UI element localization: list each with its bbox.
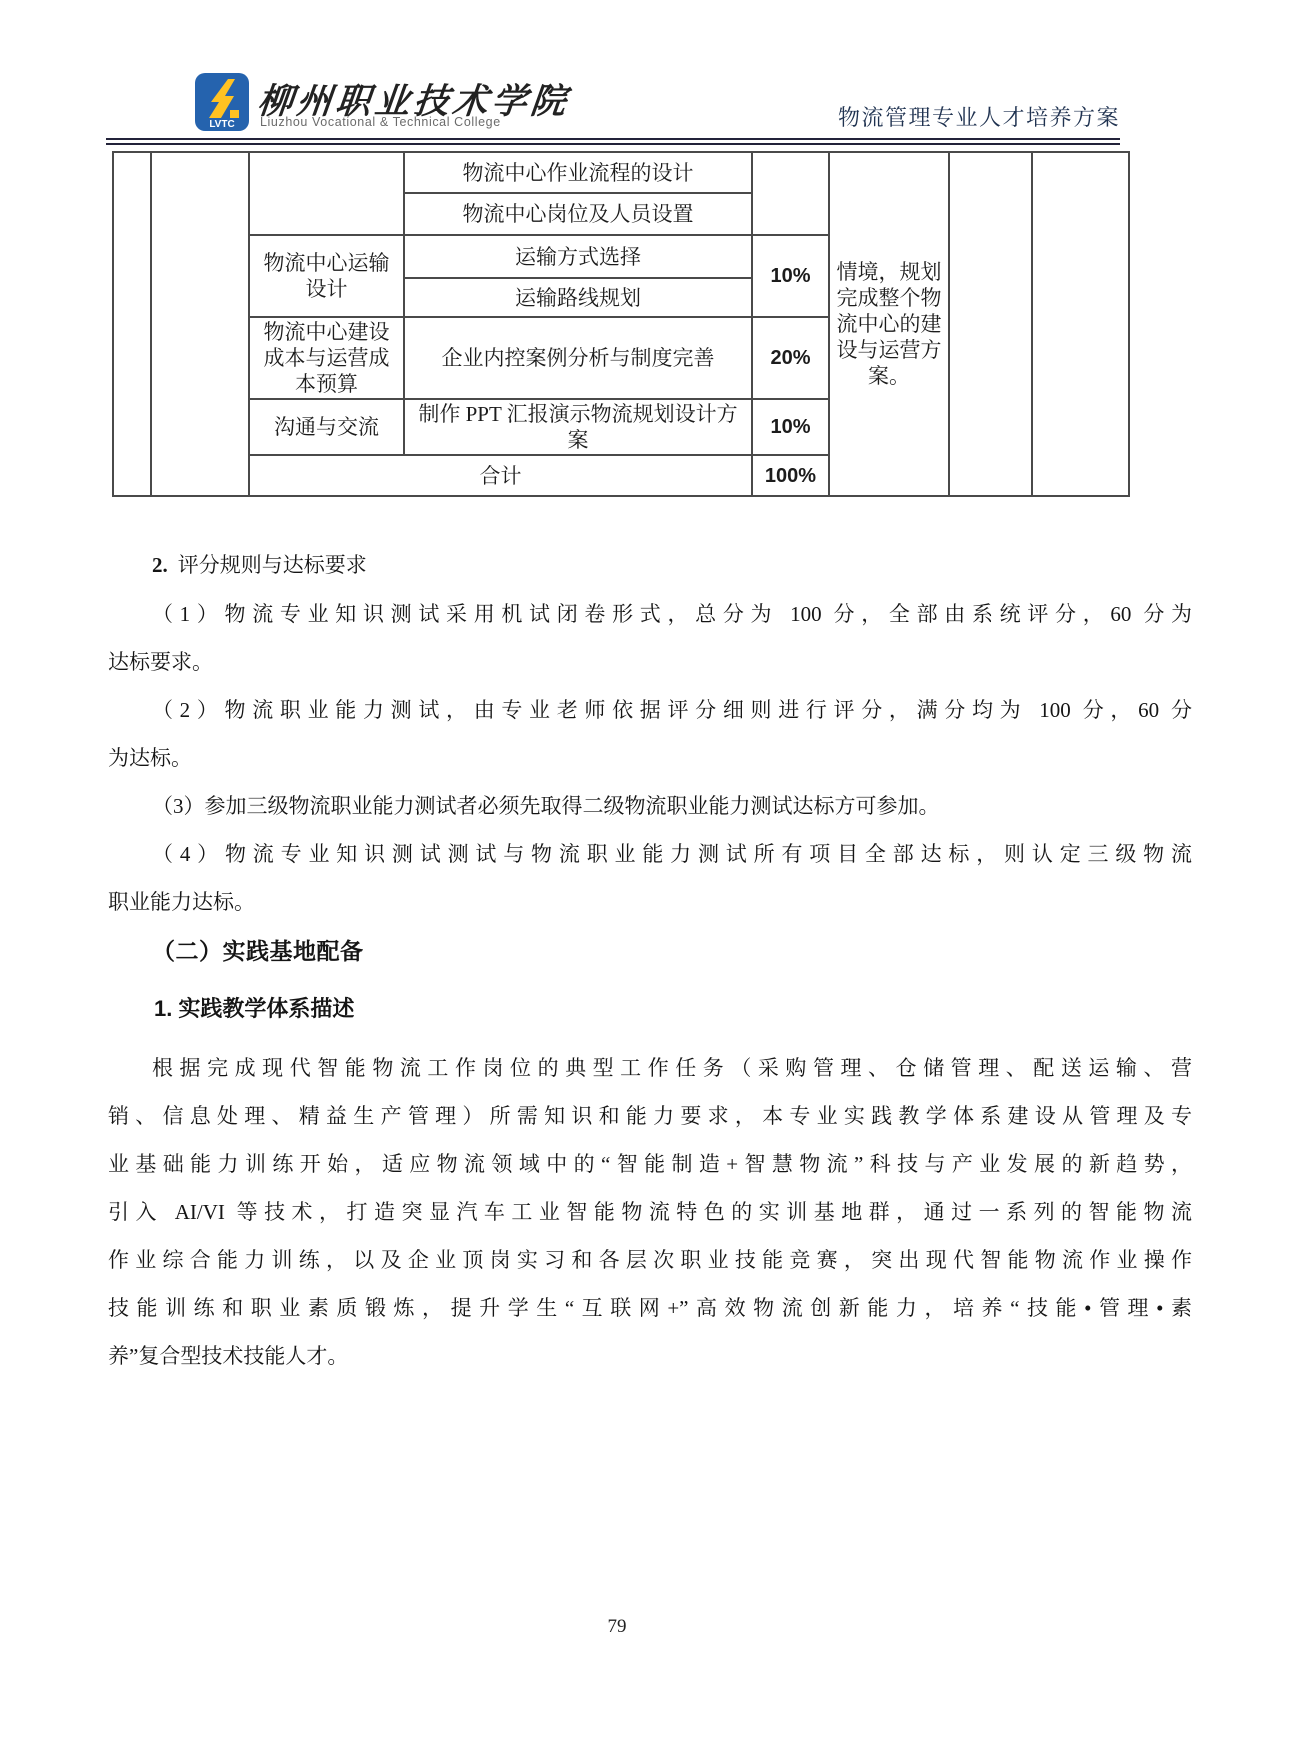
heading-number: 2. — [152, 553, 168, 577]
paragraph-line: 达标要求。 — [108, 638, 1192, 686]
paragraph-line: 业基础能力训练开始，适应物流领域中的“智能制造+智慧物流”科技与产业发展的新趋势… — [108, 1140, 1192, 1188]
paragraph-line: 作业综合能力训练，以及企业顶岗实习和各层次职业技能竞赛，突出现代智能物流作业操作 — [108, 1236, 1192, 1284]
paragraph-1: （1）物流专业知识测试采用机试闭卷形式，总分为 100 分，全部由系统评分，60… — [108, 590, 1192, 686]
task-cell: 物流中心岗位及人员设置 — [404, 193, 752, 235]
paragraph-line: 为达标。 — [108, 734, 1192, 782]
heading-number: 1. — [154, 996, 172, 1021]
sub-heading-1: 1.实践教学体系描述 — [108, 984, 1192, 1034]
college-logo: LVTC — [194, 72, 250, 132]
paragraph-line: （1）物流专业知识测试采用机试闭卷形式，总分为 100 分，全部由系统评分，60… — [108, 590, 1192, 638]
table-row: 物流中心作业流程的设计 情境，规划完成整个物流中心的建设与运营方案。 — [113, 152, 1129, 193]
document-page: LVTC 柳州职业技术学院 Liuzhou Vocational & Techn… — [0, 0, 1299, 1754]
header-divider — [106, 138, 1120, 145]
total-percent-cell: 100% — [752, 455, 829, 496]
paragraph-line: 引入 AI/VI 等技术，打造突显汽车工业智能物流特色的实训基地群，通过一系列的… — [108, 1188, 1192, 1236]
scenario-note-cell: 情境，规划完成整个物流中心的建设与运营方案。 — [829, 152, 949, 496]
college-logo-icon: LVTC — [194, 72, 250, 132]
paragraph-line: 销、信息处理、精益生产管理）所需知识和能力要求，本专业实践教学体系建设从管理及专 — [108, 1092, 1192, 1140]
college-name-en: Liuzhou Vocational & Technical College — [260, 115, 501, 129]
empty-cell-col2 — [151, 152, 249, 496]
evaluation-table: 物流中心作业流程的设计 情境，规划完成整个物流中心的建设与运营方案。 物流中心岗… — [112, 151, 1130, 497]
paragraph-line: 技能训练和职业素质锻炼，提升学生“互联网+”高效物流创新能力，培养“技能•管理•… — [108, 1284, 1192, 1332]
percent-cell — [752, 152, 829, 235]
page-number: 79 — [0, 1616, 1234, 1638]
group-name-cell: 沟通与交流 — [249, 399, 404, 455]
task-cell: 运输路线规划 — [404, 278, 752, 317]
task-cell: 运输方式选择 — [404, 235, 752, 278]
paragraph-line: 养”复合型技术技能人才。 — [108, 1332, 1192, 1380]
percent-cell: 20% — [752, 317, 829, 399]
task-cell: 物流中心作业流程的设计 — [404, 152, 752, 193]
paragraph-line: 根据完成现代智能物流工作岗位的典型工作任务（采购管理、仓储管理、配送运输、营 — [108, 1044, 1192, 1092]
percent-cell: 10% — [752, 399, 829, 455]
total-label-cell: 合计 — [249, 455, 752, 496]
document-title: 物流管理专业人才培养方案 — [690, 101, 1120, 132]
group-name-cell: 物流中心运输设计 — [249, 235, 404, 317]
empty-cell-col1 — [113, 152, 151, 496]
paragraph-line: （3）参加三级物流职业能力测试者必须先取得二级物流职业能力测试达标方可参加。 — [108, 782, 1192, 830]
paragraph-line: 职业能力达标。 — [108, 878, 1192, 926]
body-text: 2.评分规则与达标要求 （1）物流专业知识测试采用机试闭卷形式，总分为 100 … — [108, 540, 1192, 1380]
task-cell: 制作 PPT 汇报演示物流规划设计方案 — [404, 399, 752, 455]
section-heading-2: 2.评分规则与达标要求 — [108, 540, 1192, 590]
empty-cell-col7 — [949, 152, 1032, 496]
percent-cell: 10% — [752, 235, 829, 317]
heading-label: 实践教学体系描述 — [178, 996, 354, 1021]
task-cell: 企业内控案例分析与制度完善 — [404, 317, 752, 399]
paragraph-5: 根据完成现代智能物流工作岗位的典型工作任务（采购管理、仓储管理、配送运输、营 销… — [108, 1044, 1192, 1380]
section-heading-B: （二）实践基地配备 — [108, 926, 1192, 976]
heading-label: 评分规则与达标要求 — [178, 553, 367, 577]
empty-group-cell — [249, 152, 404, 235]
empty-cell-col8 — [1032, 152, 1129, 496]
paragraph-line: （4）物流专业知识测试测试与物流职业能力测试所有项目全部达标，则认定三级物流 — [108, 830, 1192, 878]
paragraph-4: （4）物流专业知识测试测试与物流职业能力测试所有项目全部达标，则认定三级物流 职… — [108, 830, 1192, 926]
paragraph-line: （2）物流职业能力测试，由专业老师依据评分细则进行评分，满分均为 100 分，6… — [108, 686, 1192, 734]
group-name-cell: 物流中心建设成本与运营成本预算 — [249, 317, 404, 399]
logo-abbr: LVTC — [209, 119, 234, 130]
paragraph-3: （3）参加三级物流职业能力测试者必须先取得二级物流职业能力测试达标方可参加。 — [108, 782, 1192, 830]
paragraph-2: （2）物流职业能力测试，由专业老师依据评分细则进行评分，满分均为 100 分，6… — [108, 686, 1192, 782]
